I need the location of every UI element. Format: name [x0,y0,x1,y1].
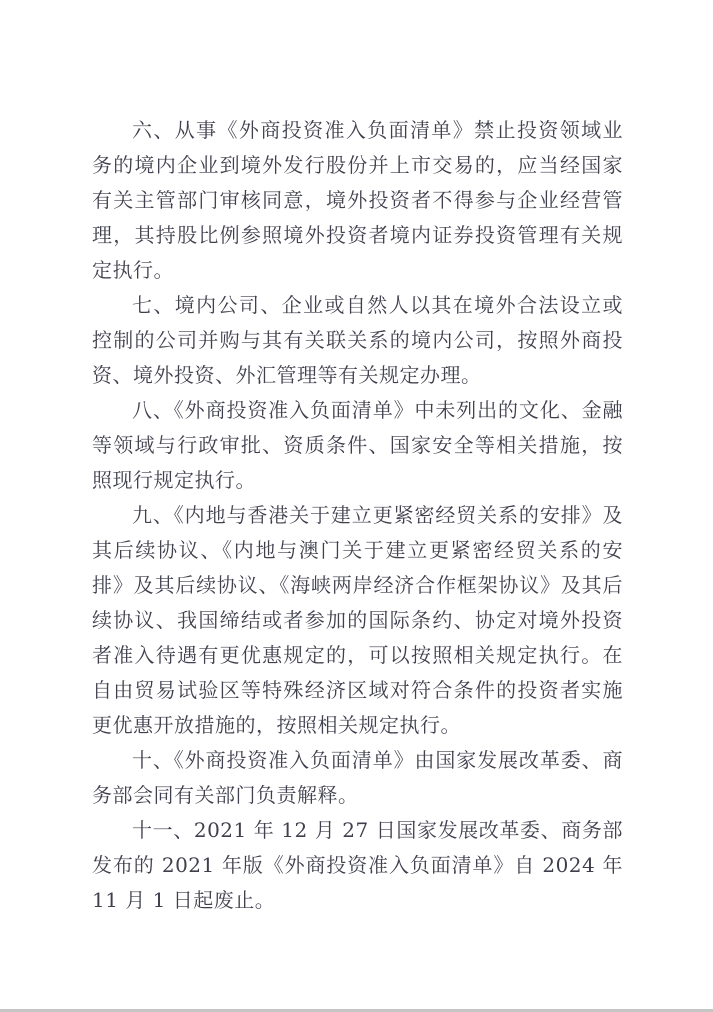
paragraph-item-6: 六、从事《外商投资准入负面清单》禁止投资领域业务的境内企业到境外发行股份并上市交… [92,113,623,288]
document-body: 六、从事《外商投资准入负面清单》禁止投资领域业务的境内企业到境外发行股份并上市交… [92,113,623,918]
document-page: 六、从事《外商投资准入负面清单》禁止投资领域业务的境内企业到境外发行股份并上市交… [0,0,713,1012]
paragraph-item-10: 十、《外商投资准入负面清单》由国家发展改革委、商务部会同有关部门负责解释。 [92,743,623,813]
paragraph-item-9: 九、《内地与香港关于建立更紧密经贸关系的安排》及其后续协议、《内地与澳门关于建立… [92,498,623,743]
paragraph-item-7: 七、境内公司、企业或自然人以其在境外合法设立或控制的公司并购与其有关联关系的境内… [92,288,623,393]
paragraph-item-8: 八、《外商投资准入负面清单》中未列出的文化、金融等领域与行政审批、资质条件、国家… [92,393,623,498]
paragraph-item-11: 十一、2021 年 12 月 27 日国家发展改革委、商务部发布的 2021 年… [92,813,623,918]
